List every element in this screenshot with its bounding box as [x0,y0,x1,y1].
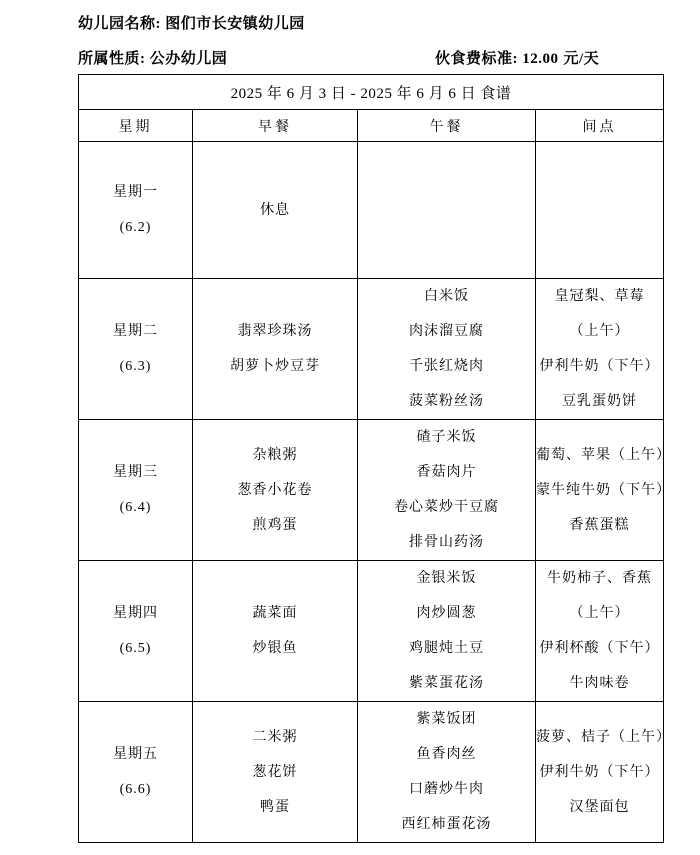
breakfast-cell: 蔬菜面炒银鱼 [193,561,358,702]
menu-item-line: 伊利牛奶（下午） [536,349,663,384]
day-label: 星期一 [79,175,192,210]
kindergarten-name-line: 幼儿园名称: 图们市长安镇幼儿园 [78,12,305,33]
table-row-thursday: 星期四 (6.5) 蔬菜面炒银鱼 金银米饭肉炒圆葱鸡腿炖土豆紫菜蛋花汤 牛奶柿子… [79,561,664,702]
menu-item-line: 菠菜粉丝汤 [358,384,535,419]
menu-item-line: 西红柿蛋花汤 [358,807,535,842]
menu-item-line: 杂粮粥 [193,438,357,473]
menu-item-line: 胡萝卜炒豆芽 [193,349,357,384]
menu-item-line: 卷心菜炒干豆腐 [358,490,535,525]
day-label: 星期三 [79,455,192,490]
menu-item-line: 金银米饭 [358,561,535,596]
menu-item-line: 伊利杯酸（下午） [536,631,663,666]
menu-item-line: 排骨山药汤 [358,525,535,560]
column-header-snack: 间点 [536,110,664,142]
menu-item-line: 翡翠珍珠汤 [193,314,357,349]
day-cell: 星期四 (6.5) [79,561,193,702]
snack-cell [536,142,664,279]
breakfast-cell: 二米粥葱花饼鸭蛋 [193,702,358,843]
menu-item-line: 肉炒圆葱 [358,596,535,631]
day-cell: 星期五 (6.6) [79,702,193,843]
kindergarten-name-label: 幼儿园名称: [78,16,165,32]
day-label: 星期二 [79,314,192,349]
menu-item-line: 葱花饼 [193,755,357,790]
column-header-breakfast: 早餐 [193,110,358,142]
snack-cell: 皇冠梨、草莓（上午）伊利牛奶（下午）豆乳蛋奶饼 [536,279,664,420]
lunch-cell: 紫菜饭团鱼香肉丝口蘑炒牛肉西红柿蛋花汤 [358,702,536,843]
fee-unit: 元/天 [564,51,600,67]
table-row-friday: 星期五 (6.6) 二米粥葱花饼鸭蛋 紫菜饭团鱼香肉丝口蘑炒牛肉西红柿蛋花汤 菠… [79,702,664,843]
menu-item-line: 皇冠梨、草莓 [536,279,663,314]
table-row-tuesday: 星期二 (6.3) 翡翠珍珠汤胡萝卜炒豆芽 白米饭肉沫溜豆腐千张红烧肉菠菜粉丝汤… [79,279,664,420]
menu-item-line: 千张红烧肉 [358,349,535,384]
table-header-row: 星期 早餐 午餐 间点 [79,110,664,142]
menu-item-line: 蒙牛纯牛奶（下午） [536,473,663,508]
day-cell: 星期二 (6.3) [79,279,193,420]
menu-item-line: 肉沫溜豆腐 [358,314,535,349]
snack-cell: 牛奶柿子、香蕉（上午）伊利杯酸（下午）牛肉味卷 [536,561,664,702]
day-date: (6.4) [79,490,192,525]
menu-item-line: 紫菜饭团 [358,702,535,737]
menu-item-line: 鸭蛋 [193,790,357,825]
menu-item-line: 口蘑炒牛肉 [358,772,535,807]
table-row-monday: 星期一 (6.2) 休息 [79,142,664,279]
fee-value: 12.00 [522,51,558,67]
day-date: (6.6) [79,772,192,807]
nature-value: 公办幼儿园 [150,51,228,67]
menu-item-line: 蔬菜面 [193,596,357,631]
menu-item-line: 煎鸡蛋 [193,508,357,543]
menu-item-line: 豆乳蛋奶饼 [536,384,663,419]
column-header-lunch: 午餐 [358,110,536,142]
breakfast-cell: 休息 [193,142,358,279]
kindergarten-name-value: 图们市长安镇幼儿园 [165,16,305,32]
nature-and-fee-line: 所属性质: 公办幼儿园 伙食费标准: 12.00元/天 [78,47,663,65]
lunch-cell: 碴子米饭香菇肉片卷心菜炒干豆腐排骨山药汤 [358,420,536,561]
menu-item-line: 二米粥 [193,720,357,755]
menu-item-line: 白米饭 [358,279,535,314]
lunch-cell: 白米饭肉沫溜豆腐千张红烧肉菠菜粉丝汤 [358,279,536,420]
menu-item-line: 汉堡面包 [536,790,663,825]
lunch-cell: 金银米饭肉炒圆葱鸡腿炖土豆紫菜蛋花汤 [358,561,536,702]
menu-item-line: 鸡腿炖土豆 [358,631,535,666]
table-row-wednesday: 星期三 (6.4) 杂粮粥葱香小花卷煎鸡蛋 碴子米饭香菇肉片卷心菜炒干豆腐排骨山… [79,420,664,561]
menu-item-line: 菠萝、桔子（上午） [536,720,663,755]
meal-schedule-table: 2025 年 6 月 3 日 - 2025 年 6 月 6 日 食谱 星期 早餐… [78,74,664,843]
snack-cell: 菠萝、桔子（上午）伊利牛奶（下午）汉堡面包 [536,702,664,843]
menu-item-line: 休息 [193,193,357,228]
menu-item-line: 炒银鱼 [193,631,357,666]
menu-item-line: （上午） [536,596,663,631]
snack-cell: 葡萄、苹果（上午）蒙牛纯牛奶（下午）香蕉蛋糕 [536,420,664,561]
day-date: (6.5) [79,631,192,666]
lunch-cell [358,142,536,279]
menu-item-line: 紫菜蛋花汤 [358,666,535,701]
menu-item-line: 香蕉蛋糕 [536,508,663,543]
menu-item-line: （上午） [536,314,663,349]
menu-item-line: 伊利牛奶（下午） [536,755,663,790]
menu-item-line: 香菇肉片 [358,455,535,490]
day-cell: 星期一 (6.2) [79,142,193,279]
day-label: 星期五 [79,737,192,772]
day-label: 星期四 [79,596,192,631]
day-date: (6.3) [79,349,192,384]
table-title: 2025 年 6 月 3 日 - 2025 年 6 月 6 日 食谱 [79,75,664,110]
breakfast-cell: 翡翠珍珠汤胡萝卜炒豆芽 [193,279,358,420]
menu-item-line: 葱香小花卷 [193,473,357,508]
day-date: (6.2) [79,210,192,245]
breakfast-cell: 杂粮粥葱香小花卷煎鸡蛋 [193,420,358,561]
day-cell: 星期三 (6.4) [79,420,193,561]
menu-item-line: 牛奶柿子、香蕉 [536,561,663,596]
fee-label: 伙食费标准: [435,51,522,67]
fee-standard: 伙食费标准: 12.00元/天 [435,47,599,68]
menu-item-line: 葡萄、苹果（上午） [536,438,663,473]
column-header-week: 星期 [79,110,193,142]
menu-item-line: 牛肉味卷 [536,666,663,701]
nature-label: 所属性质: [78,51,150,67]
table-title-row: 2025 年 6 月 3 日 - 2025 年 6 月 6 日 食谱 [79,75,664,110]
menu-item-line: 鱼香肉丝 [358,737,535,772]
menu-item-line: 碴子米饭 [358,420,535,455]
